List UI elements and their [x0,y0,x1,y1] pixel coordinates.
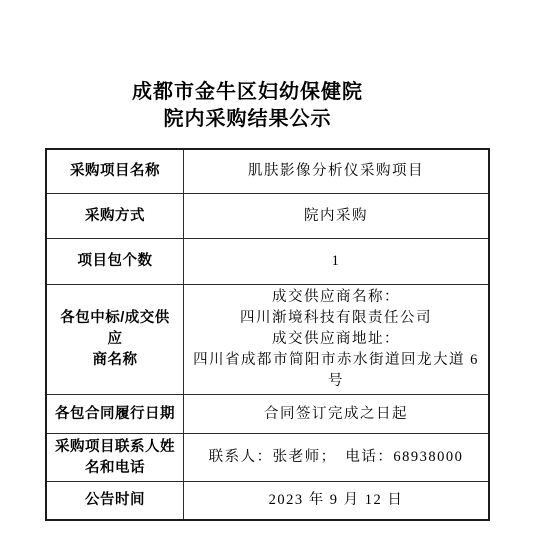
row-label: 采购项目名称 [46,149,184,194]
row-label: 各包合同履行日期 [46,395,184,434]
table-row-contract-date: 各包合同履行日期 合同签订完成之日起 [46,395,489,434]
row-value: 2023 年 9 月 12 日 [184,482,490,521]
row-label: 采购项目联系人姓 名和电话 [46,434,184,482]
table-row-announcement-date: 公告时间 2023 年 9 月 12 日 [46,482,489,521]
row-label: 公告时间 [46,482,184,521]
table-row-procurement-method: 采购方式 院内采购 [46,194,489,239]
row-label: 采购方式 [46,194,184,239]
row-value: 肌肤影像分析仪采购项目 [184,149,490,194]
table-row-supplier-info: 各包中标/成交供应 商名称 成交供应商名称： 四川渐境科技有限责任公司 成交供应… [46,285,489,395]
table-row-package-count: 项目包个数 1 [46,239,489,285]
row-value: 成交供应商名称： 四川渐境科技有限责任公司 成交供应商地址： 四川省成都市简阳市… [184,285,490,395]
row-label: 各包中标/成交供应 商名称 [46,285,184,395]
row-value: 联系人：张老师； 电话：68938000 [184,434,490,482]
table-row-contact-info: 采购项目联系人姓 名和电话 联系人：张老师； 电话：68938000 [46,434,489,482]
document-title: 成都市金牛区妇幼保健院 院内采购结果公示 [25,79,470,133]
row-label: 项目包个数 [46,239,184,285]
row-value: 院内采购 [184,194,490,239]
row-value: 合同签订完成之日起 [184,395,490,434]
document-page: 成都市金牛区妇幼保健院 院内采购结果公示 采购项目名称 肌肤影像分析仪采购项目 … [0,0,551,556]
row-value: 1 [184,239,490,285]
table-row-project-name: 采购项目名称 肌肤影像分析仪采购项目 [46,149,489,194]
procurement-result-table: 采购项目名称 肌肤影像分析仪采购项目 采购方式 院内采购 项目包个数 1 各包中… [45,148,490,521]
